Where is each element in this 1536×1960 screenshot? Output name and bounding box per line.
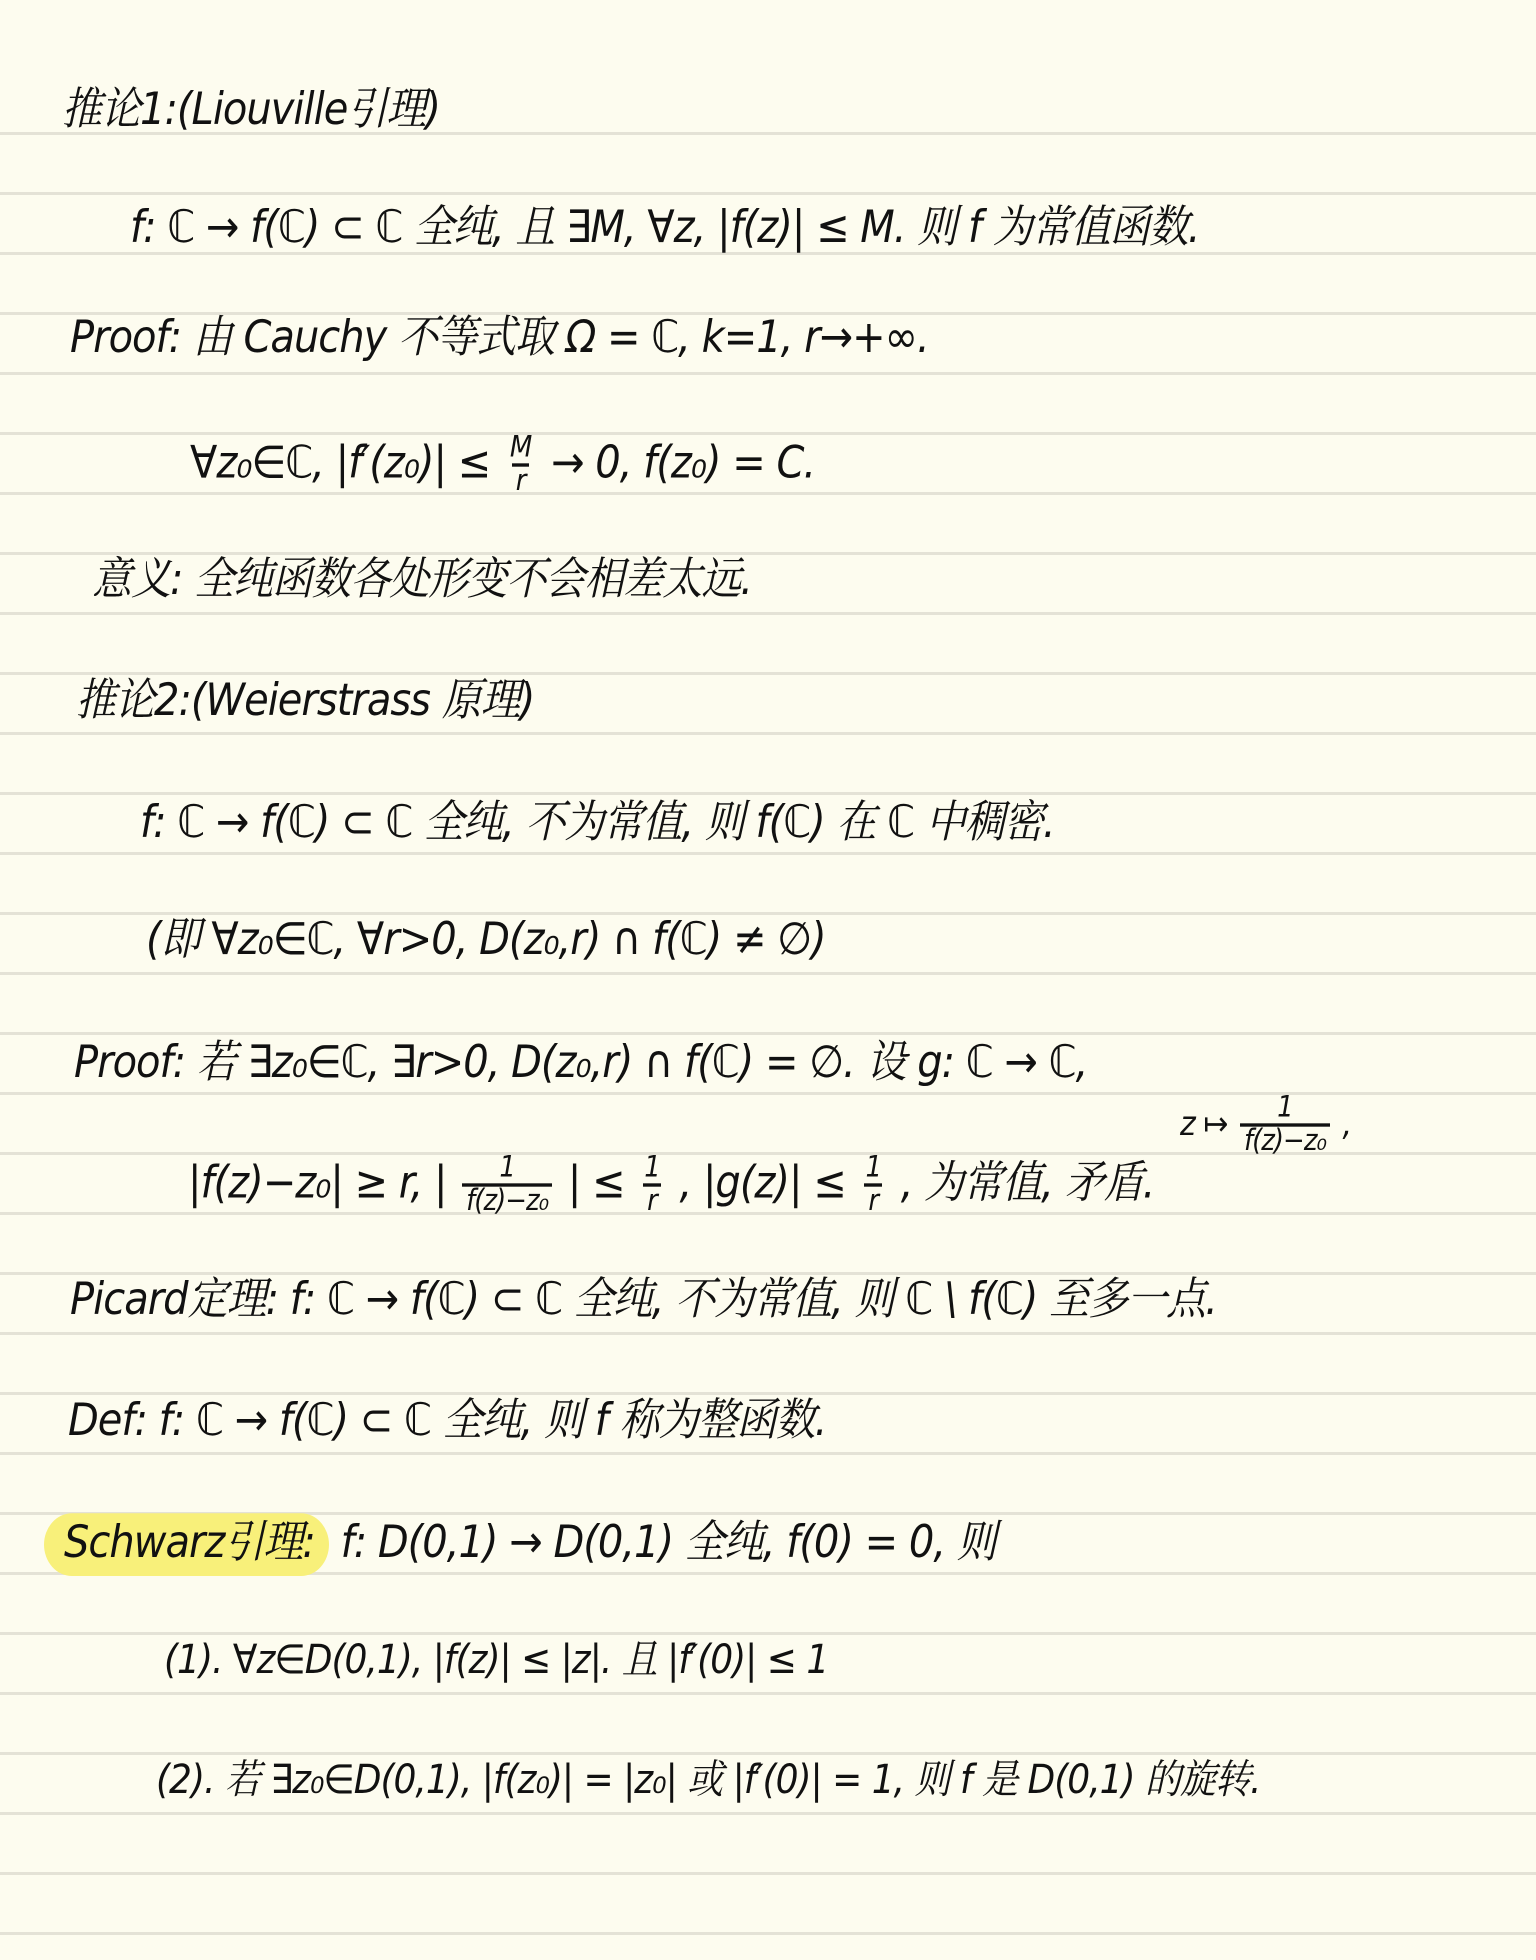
corollary1-statement: f: ℂ → f(ℂ) ⊂ ℂ 全纯, 且 ∃M, ∀z, |f(z)| ≤ M… [130, 205, 1199, 250]
entire-function-definition: Def: f: ℂ → f(ℂ) ⊂ ℂ 全纯, 则 f 称为整函数. [68, 1398, 826, 1443]
ruled-line [0, 612, 1536, 615]
fraction-numerator: M [506, 433, 535, 464]
fraction-one-over-r-2: 1 r [861, 1153, 885, 1218]
corollary1-proof-line1: Proof: 由 Cauchy 不等式取 Ω = ℂ, k=1, r→+∞. [70, 315, 929, 360]
schwarz-item-2: (2). 若 ∃z₀∈D(0,1), |f(z₀)| = |z₀| 或 |f′(… [156, 1761, 1260, 1801]
proof-part-d: , 为常值, 矛盾. [901, 1157, 1155, 1209]
fraction-denominator: f(z)−z₀ [462, 1184, 552, 1218]
picard-theorem: Picard定理: f: ℂ → f(ℂ) ⊂ ℂ 全纯, 不为常值, 则 ℂ … [70, 1277, 1217, 1322]
proof-inequality-right: → 0, f(z₀) = C. [551, 437, 815, 489]
ruled-line [0, 1872, 1536, 1875]
ruled-line [0, 972, 1536, 975]
ruled-line [0, 732, 1536, 735]
proof-part-b: | ≤ [568, 1157, 625, 1209]
ruled-line [0, 852, 1536, 855]
corollary2-proof-line1: Proof: 若 ∃z₀∈ℂ, ∃r>0, D(z₀,r) ∩ f(ℂ) = ∅… [74, 1040, 1087, 1085]
fraction-numerator: 1 [1273, 1093, 1297, 1124]
fraction-denominator: r [864, 1184, 882, 1218]
fraction-numerator: 1 [861, 1153, 885, 1184]
fraction-numerator: 1 [640, 1153, 664, 1184]
fraction-denominator: r [643, 1184, 661, 1218]
fraction-g-definition: 1 f(z)−z₀ [1240, 1093, 1330, 1158]
proof-part-c: , |g(z)| ≤ [680, 1157, 846, 1209]
fraction-denominator: f(z)−z₀ [1240, 1124, 1330, 1158]
ruled-line [0, 1032, 1536, 1035]
corollary2-statement: f: ℂ → f(ℂ) ⊂ ℂ 全纯, 不为常值, 则 f(ℂ) 在 ℂ 中稠密… [140, 800, 1055, 845]
schwarz-highlight: Schwarz引理: [44, 1513, 329, 1576]
map-arrow-label: z ↦ [1180, 1105, 1227, 1144]
ruled-line [0, 372, 1536, 375]
fraction-one-over-r: 1 r [640, 1153, 664, 1218]
ruled-line [0, 1692, 1536, 1695]
schwarz-item-1: (1). ∀z∈D(0,1), |f(z)| ≤ |z|. 且 |f′(0)| … [164, 1641, 828, 1681]
schwarz-label: Schwarz引理: [64, 1517, 315, 1569]
proof-inequality-left: ∀z₀∈ℂ, |f′(z₀)| ≤ [190, 437, 490, 489]
fraction-one-over-fz-minus-z0: 1 f(z)−z₀ [462, 1153, 552, 1218]
ruled-line [0, 1812, 1536, 1815]
fraction-numerator: 1 [495, 1153, 519, 1184]
ruled-line [0, 1932, 1536, 1935]
schwarz-lemma: Schwarz引理: f: D(0,1) → D(0,1) 全纯, f(0) =… [66, 1513, 996, 1576]
corollary2-proof-line3: |f(z)−z₀| ≥ r, | 1 f(z)−z₀ | ≤ 1 r , |g(… [188, 1153, 1154, 1218]
corollary2-restatement: (即 ∀z₀∈ℂ, ∀r>0, D(z₀,r) ∩ f(ℂ) ≠ ∅) [146, 917, 826, 962]
fraction-denominator: r [512, 464, 530, 498]
map-tail: , [1342, 1105, 1351, 1144]
ruled-line [0, 1752, 1536, 1755]
fraction-m-over-r: M r [506, 433, 535, 498]
ruled-line [0, 1332, 1536, 1335]
corollary1-title: 推论1:(Liouville引理) [62, 87, 440, 132]
corollary2-title: 推论2:(Weierstrass 原理) [76, 678, 534, 723]
corollary1-meaning: 意义: 全纯函数各处形变不会相差太远. [92, 557, 752, 602]
ruled-line [0, 192, 1536, 195]
ruled-line [0, 792, 1536, 795]
corollary2-proof-map: z ↦ 1 f(z)−z₀ , [1180, 1093, 1351, 1158]
schwarz-statement: f: D(0,1) → D(0,1) 全纯, f(0) = 0, 则 [341, 1517, 996, 1569]
ruled-line [0, 1452, 1536, 1455]
proof-part-a: |f(z)−z₀| ≥ r, | [188, 1157, 446, 1209]
corollary1-proof-line2: ∀z₀∈ℂ, |f′(z₀)| ≤ M r → 0, f(z₀) = C. [190, 433, 815, 498]
ruled-line [0, 1632, 1536, 1635]
